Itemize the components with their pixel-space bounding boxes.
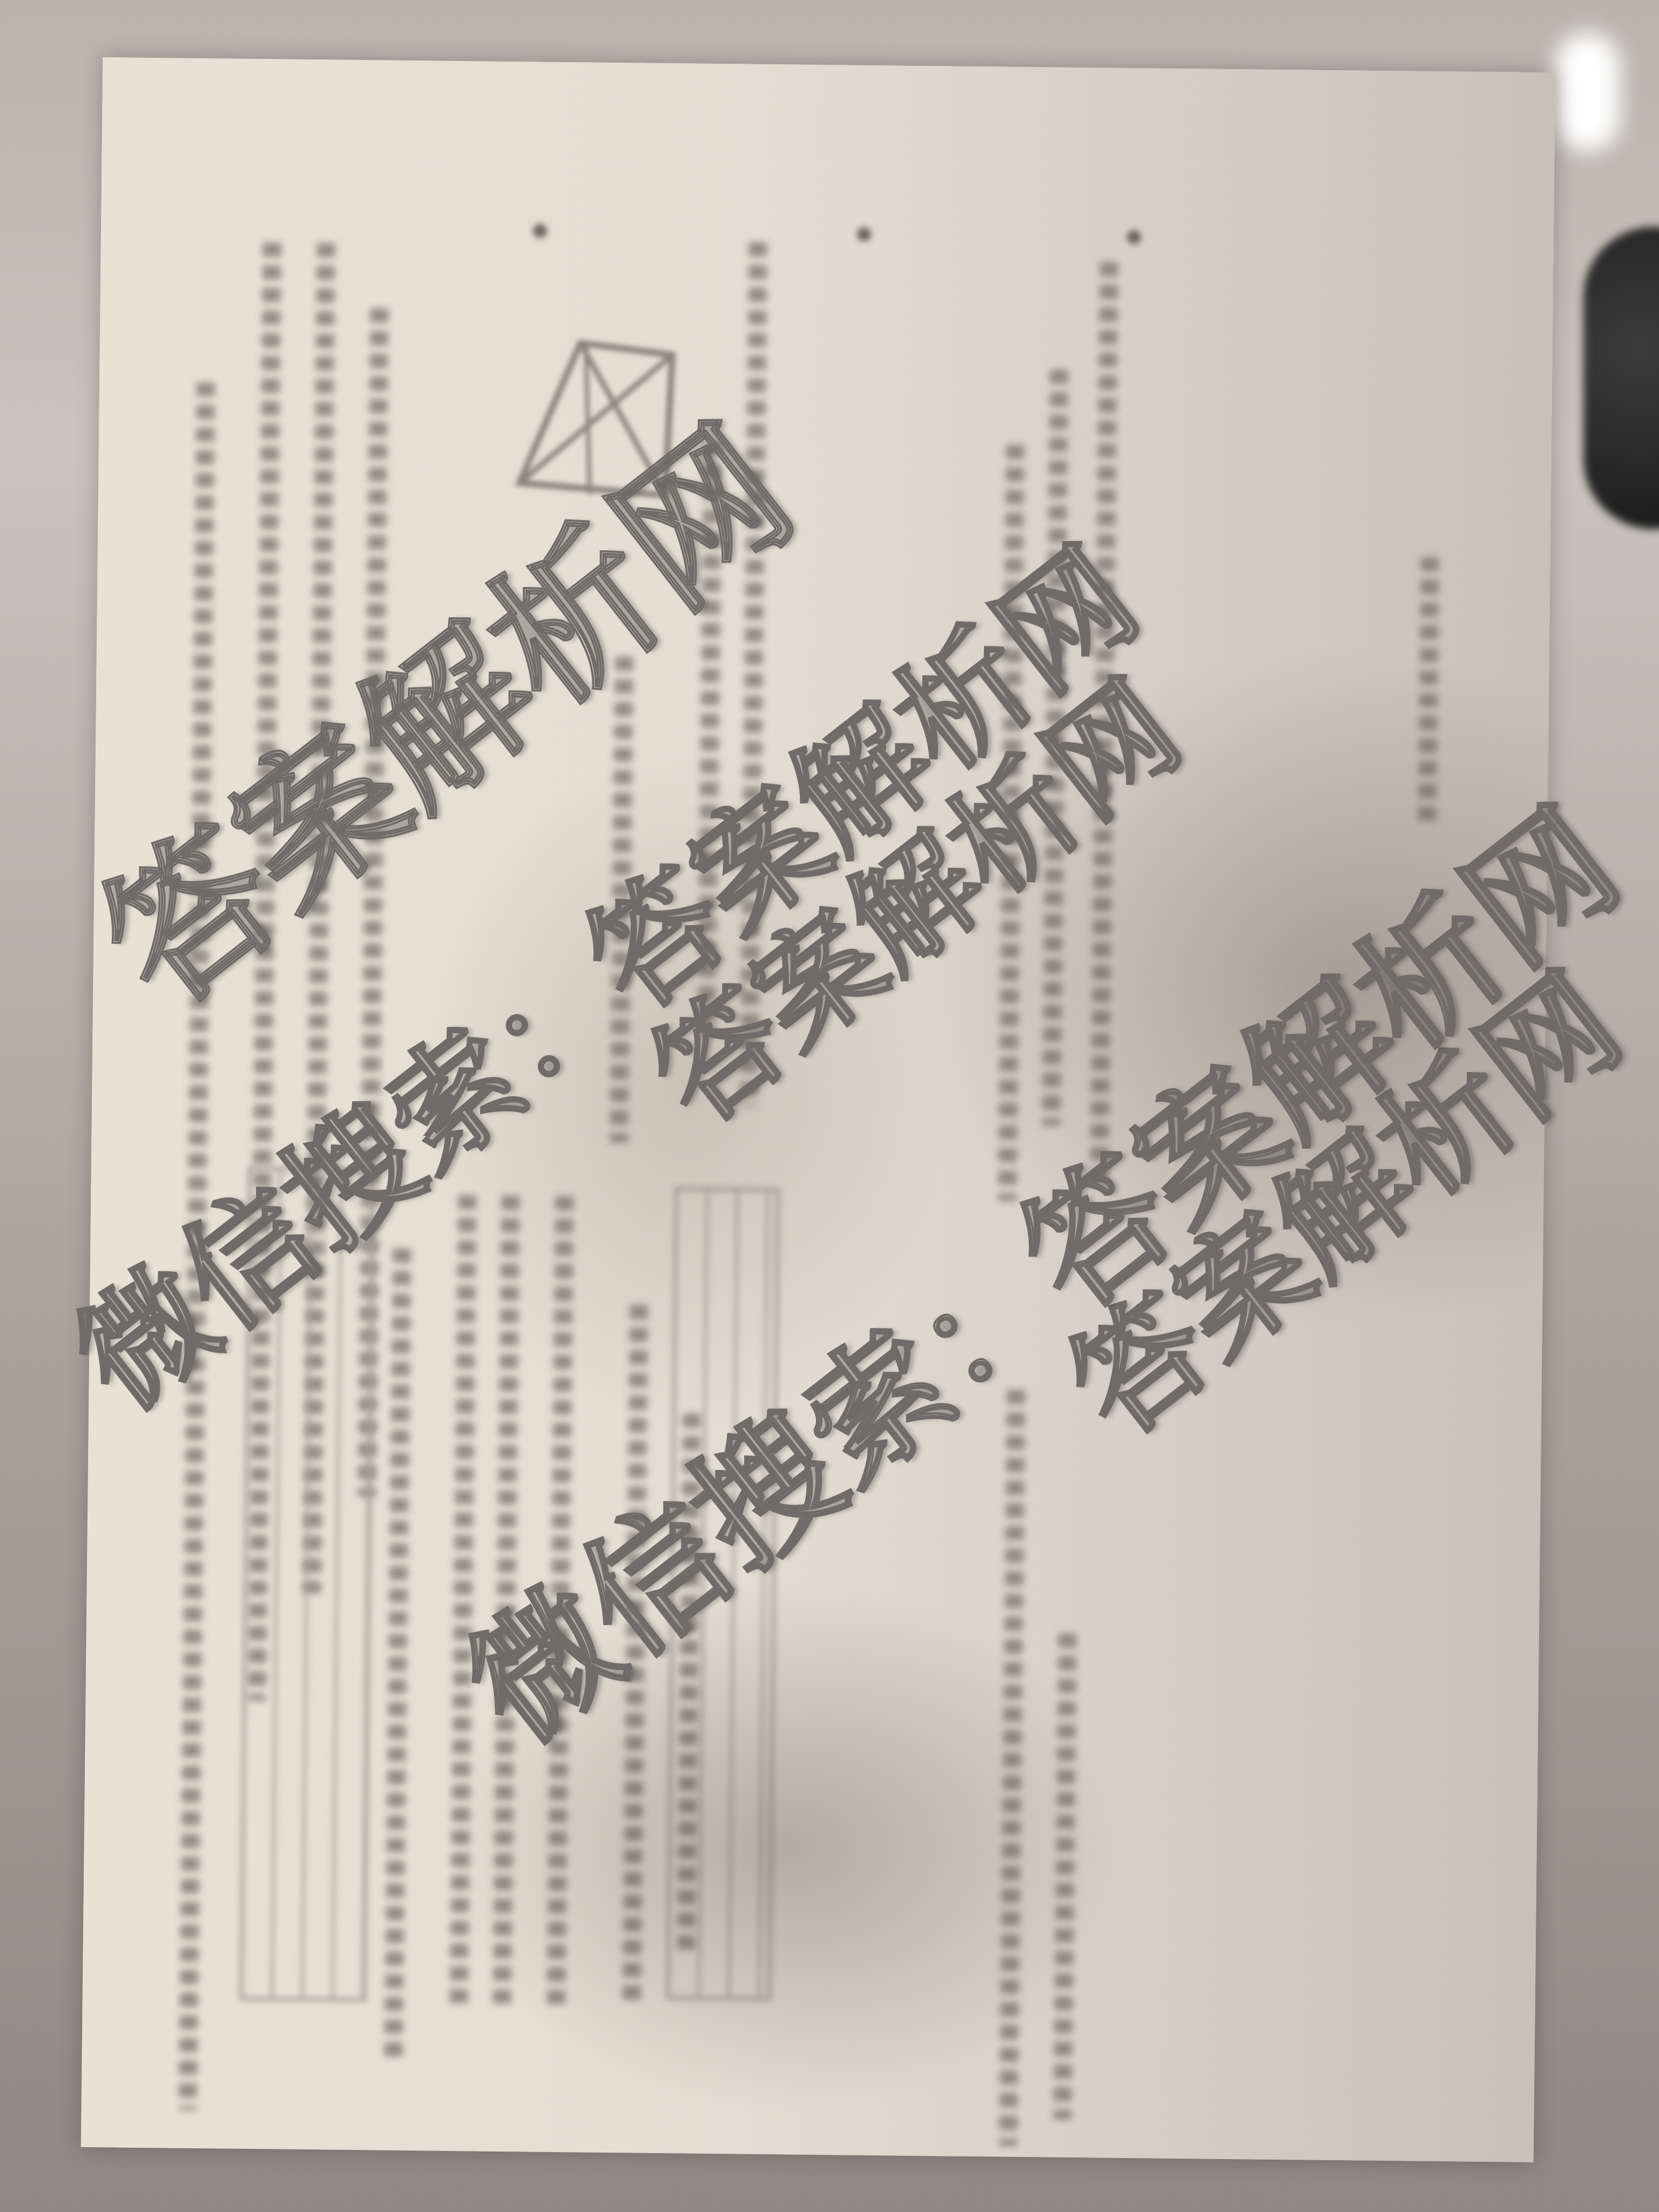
text-line [1418, 557, 1439, 827]
question-marker [533, 224, 547, 238]
text-line [999, 1390, 1026, 2146]
light-glare [1555, 32, 1620, 151]
text-line [1053, 1634, 1076, 2120]
dark-object [1583, 227, 1659, 529]
question-marker [1127, 230, 1141, 244]
question-marker [857, 227, 871, 241]
text-line [385, 1249, 412, 2059]
